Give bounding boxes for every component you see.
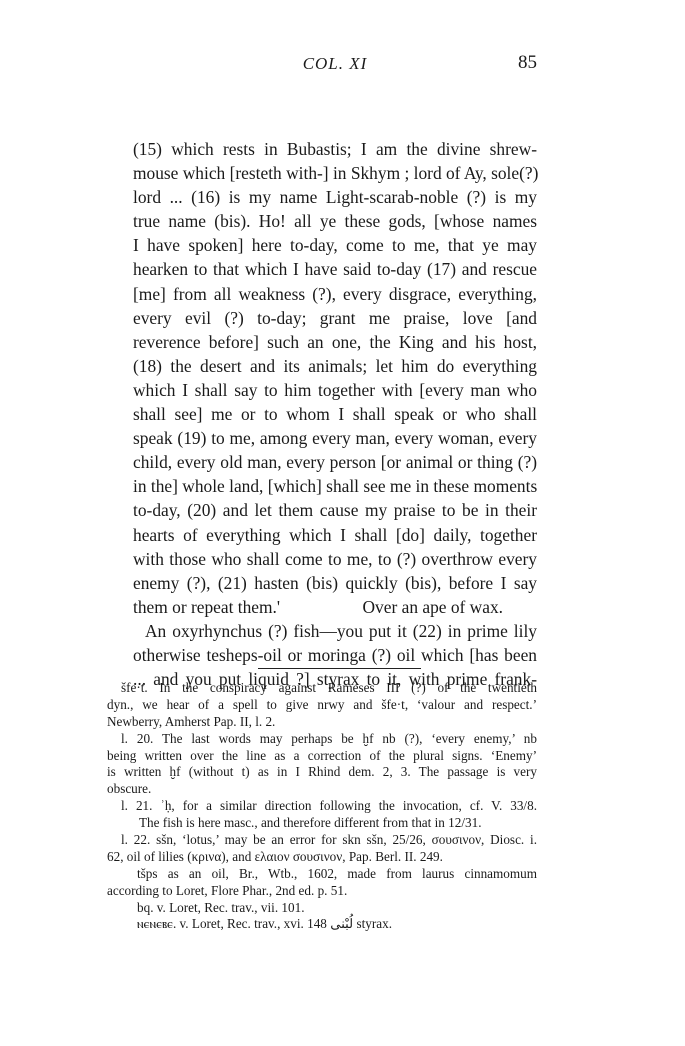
text-line: lord ... (16) is my name Light-scarab-no… (133, 185, 537, 209)
text-line: in the] whole land, [which] shall see me… (133, 474, 537, 498)
text-line: speak (19) to me, among every man, every… (133, 426, 537, 450)
footnote-line: is written ḫf (without t) as in I Rhind … (107, 764, 537, 781)
footnote-line: dyn., we hear of a spell to give nrwy an… (107, 697, 537, 714)
footnotes: šfe·t. In the conspiracy against Rameses… (107, 680, 537, 933)
footnote-line: l. 22. sšn, ‘lotus,’ may be an error for… (107, 832, 537, 849)
text-line: shall see] me or to whom I shall speak o… (133, 402, 537, 426)
text-line: every evil (?) to-day; grant me praise, … (133, 306, 537, 330)
footnote-line: tšps as an oil, Br., Wtb., 1602, made fr… (107, 866, 537, 883)
text-line: (15) which rests in Bubastis; I am the d… (133, 137, 537, 161)
page-number: 85 (518, 52, 537, 74)
text-fragment: them or repeat them.' (133, 595, 280, 619)
book-page: COL. XI 85 (15) which rests in Bubastis;… (0, 0, 685, 1046)
text-line: with those who shall come to me, to (?) … (133, 547, 537, 571)
footnote-line: according to Loret, Flore Phar., 2nd ed.… (107, 883, 537, 900)
rubric-heading: Over an ape of wax. (362, 595, 503, 619)
footnote-line: being written over the line as a correct… (107, 748, 537, 765)
text-line: true name (bis). Ho! all ye these gods, … (133, 209, 537, 233)
footnote-line: obscure. (107, 781, 537, 798)
text-line: which I shall say to him together with [… (133, 378, 537, 402)
footnote-line: šfe·t. In the conspiracy against Rameses… (107, 680, 537, 697)
text-line: otherwise tesheps-oil or moringa (?) oil… (133, 643, 537, 667)
footnote-line: 62, oil of lilies (κρινα), and ελαιον σο… (107, 849, 537, 866)
column-title: COL. XI (133, 54, 537, 74)
footnote-line: The fish is here masc., and therefore di… (107, 815, 537, 832)
footnote-line: Newberry, Amherst Pap. II, l. 2. (107, 714, 537, 731)
text-line: reverence before] such an one, the King … (133, 330, 537, 354)
footnote-line: ⲛⲉⲛⲉⲃⲉ. v. Loret, Rec. trav., xvi. 148 ل… (107, 916, 537, 933)
text-line: enemy (?), (21) hasten (bis) quickly (bi… (133, 571, 537, 595)
text-line: hearts of everything which I shall [do] … (133, 523, 537, 547)
footnote-line: bq. v. Loret, Rec. trav., vii. 101. (107, 900, 537, 917)
footnote-line: l. 20. The last words may perhaps be ḫf … (107, 731, 537, 748)
text-line-with-rubric: them or repeat them.' Over an ape of wax… (133, 595, 537, 619)
footnote-divider (258, 668, 421, 669)
text-line: mouse which [resteth with-] in Skhym ; l… (133, 161, 537, 185)
main-text: (15) which rests in Bubastis; I am the d… (133, 137, 537, 691)
text-line: (18) the desert and its animals; let him… (133, 354, 537, 378)
text-line: hearken to that which I have said to-day… (133, 257, 537, 281)
footnote-line: l. 21. ʾḥ, for a similar direction follo… (107, 798, 537, 815)
text-line: child, every old man, every person [or a… (133, 450, 537, 474)
text-line: [me] from all weakness (?), every disgra… (133, 282, 537, 306)
running-head: COL. XI 85 (133, 52, 537, 78)
text-line: I have spoken] here to-day, come to me, … (133, 233, 537, 257)
text-line: An oxyrhynchus (?) fish—you put it (22) … (133, 619, 537, 643)
text-line: to-day, (20) and let them cause my prais… (133, 498, 537, 522)
